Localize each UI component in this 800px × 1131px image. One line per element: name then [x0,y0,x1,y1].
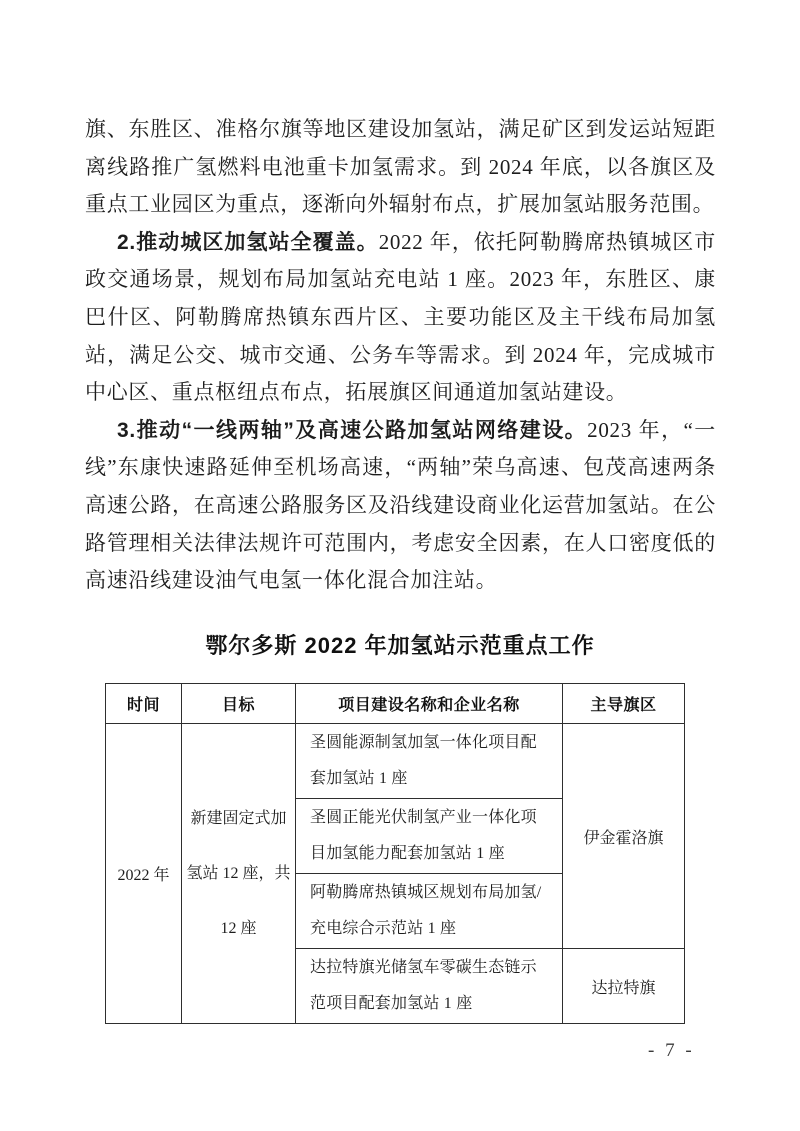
table-row: 2022 年 新建固定式加氢站 12 座，共 12 座 圣圆能源制氢加氢一体化项… [106,724,685,799]
paragraph-2-lead: 2.推动城区加氢站全覆盖。 [117,231,379,254]
table-header-row: 时间 目标 项目建设名称和企业名称 主导旗区 [106,684,685,724]
paragraph-3: 3.推动“一线两轴”及高速公路加氢站网络建设。2023 年，“一线”东康快速路延… [85,412,716,600]
paragraph-1: 旗、东胜区、准格尔旗等地区建设加氢站，满足矿区到发运站短距离线路推广氢燃料电池重… [85,111,716,224]
projects-table: 时间 目标 项目建设名称和企业名称 主导旗区 2022 年 新建固定式加氢站 1… [105,683,685,1024]
header-time: 时间 [106,684,182,724]
project-cell-3: 阿勒腾席热镇城区规划布局加氢/充电综合示范站 1 座 [296,874,563,949]
paragraph-1-text: 旗、东胜区、准格尔旗等地区建设加氢站，满足矿区到发运站短距离线路推广氢燃料电池重… [85,117,716,216]
paragraph-2-text: 2022 年，依托阿勒腾席热镇城区市政交通场景，规划布局加氢站充电站 1 座。2… [85,230,716,404]
time-cell: 2022 年 [106,724,182,1024]
page-number: - 7 - [648,1040,695,1062]
header-project: 项目建设名称和企业名称 [296,684,563,724]
paragraph-2: 2.推动城区加氢站全覆盖。2022 年，依托阿勒腾席热镇城区市政交通场景，规划布… [85,224,716,412]
paragraph-3-lead: 3.推动“一线两轴”及高速公路加氢站网络建设。 [117,419,587,442]
lead-banner-cell-2: 达拉特旗 [563,949,685,1024]
project-cell-4: 达拉特旗光储氢车零碳生态链示范项目配套加氢站 1 座 [296,949,563,1024]
goal-cell: 新建固定式加氢站 12 座，共 12 座 [182,724,296,1024]
paragraph-3-text: 2023 年，“一线”东康快速路延伸至机场高速，“两轴”荣乌高速、包茂高速两条高… [85,418,716,592]
document-page: 旗、东胜区、准格尔旗等地区建设加氢站，满足矿区到发运站短距离线路推广氢燃料电池重… [0,0,800,1131]
table-title: 鄂尔多斯 2022 年加氢站示范重点工作 [0,629,800,660]
project-cell-2: 圣圆正能光伏制氢产业一体化项目加氢能力配套加氢站 1 座 [296,799,563,874]
lead-banner-cell-1: 伊金霍洛旗 [563,724,685,949]
header-goal: 目标 [182,684,296,724]
body-text: 旗、东胜区、准格尔旗等地区建设加氢站，满足矿区到发运站短距离线路推广氢燃料电池重… [85,111,716,600]
header-lead-banner: 主导旗区 [563,684,685,724]
project-cell-1: 圣圆能源制氢加氢一体化项目配套加氢站 1 座 [296,724,563,799]
